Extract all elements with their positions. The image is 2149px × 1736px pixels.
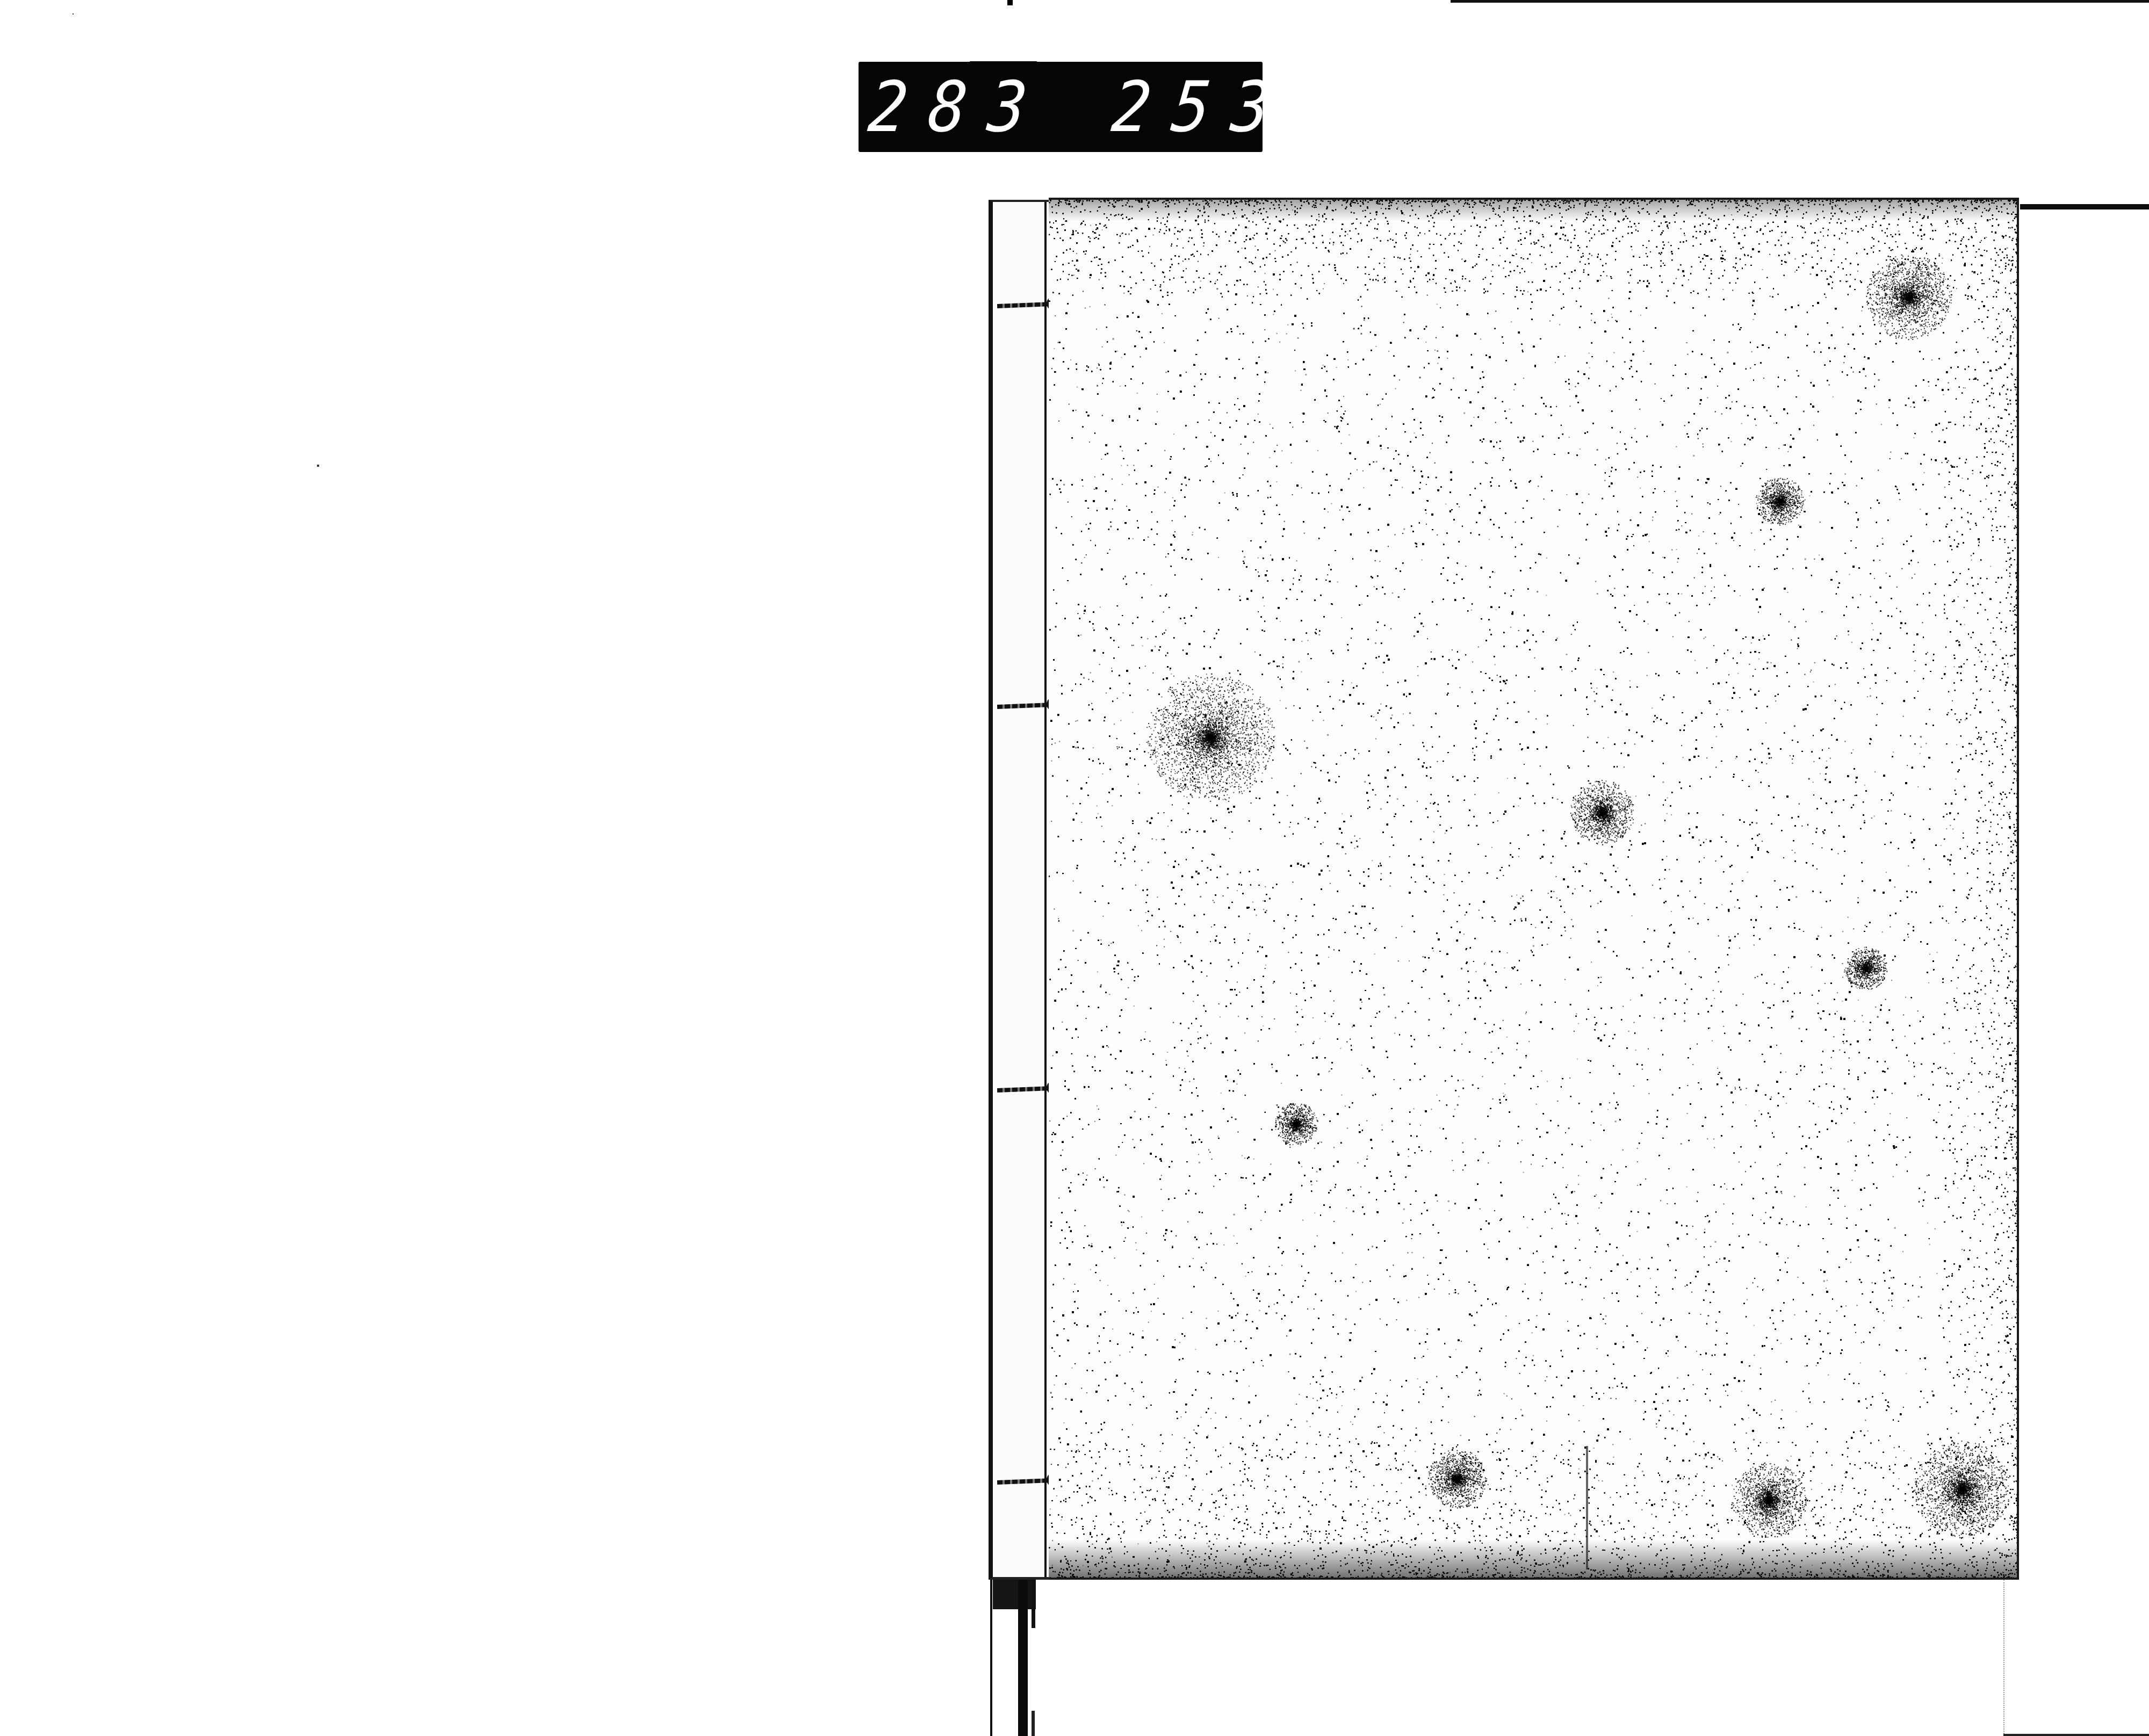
cover-shadow-top [1049, 200, 2017, 221]
cover-shadow-bottom [1049, 1540, 2017, 1578]
book-edge-line [990, 1580, 992, 1736]
scan-speck [73, 13, 74, 15]
binding-tie [1018, 1580, 1028, 1736]
book-cover [1049, 198, 2019, 1580]
scan-speck [317, 465, 319, 467]
frame-number-right: 253. [1109, 72, 1355, 142]
binding-stitch [997, 1086, 1049, 1093]
board-edge [2020, 204, 2149, 209]
binding-stitch [997, 1478, 1049, 1485]
binding-stitch [997, 703, 1049, 709]
paper-texture [1049, 200, 2017, 1578]
film-edge-rule [1451, 0, 2149, 3]
book [989, 198, 2019, 1580]
cover-crease [1586, 1446, 1588, 1569]
film-edge-rule [2003, 1734, 2149, 1736]
page-edge [2003, 1580, 2006, 1736]
frame-counter-label: 283 253. [859, 62, 1263, 152]
frame-number-left: 283 [866, 72, 1052, 142]
binding-tie [1032, 1580, 1035, 1628]
binding-stitch [997, 302, 1049, 308]
book-spine [989, 200, 1049, 1580]
scanned-page: 283 253. [0, 0, 2149, 1736]
film-edge-mark [1007, 0, 1013, 5]
binding-tie [1032, 1711, 1035, 1736]
spine-fold-line [1044, 202, 1047, 1577]
binding-tie-end [993, 1580, 1036, 1609]
